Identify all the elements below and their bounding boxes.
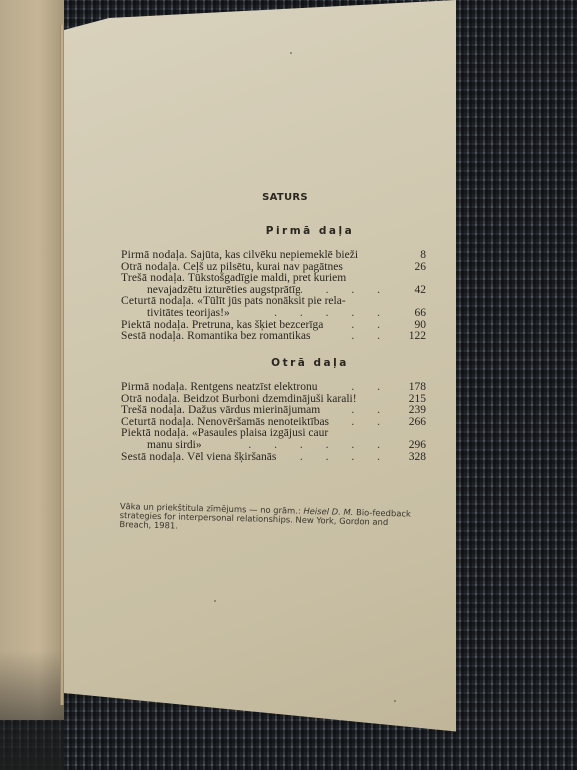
paper-speck [290, 52, 292, 54]
chapter-title: Beidzot Burboni dzemdinājuši karali! [183, 394, 356, 405]
part-heading-1: Pirmā daļa [180, 225, 440, 237]
chapter-label: Piektā nodaļa. [121, 428, 189, 439]
toc-row-continuation: nevajadzētu izturēties augstprātīgi . . … [121, 285, 426, 297]
chapter-label: Trešā nodaļa. [121, 273, 185, 284]
leader-dots: . . [351, 331, 396, 343]
chapter-title: Vēl viena šķiršanās [187, 452, 276, 463]
page-number: 42 [396, 285, 426, 297]
toc-row-continuation: manu sirdi» . . . . . . 296 [121, 440, 426, 452]
chapter-label: Sestā nodaļa. [121, 452, 184, 463]
leader-dots: . . [351, 382, 396, 394]
page-number: 266 [396, 417, 426, 429]
toc-row: Otrā nodaļa. Ceļš uz pilsētu, kurai nav … [121, 262, 426, 274]
leader-dots: . . . . [300, 452, 396, 464]
toc-row: Pirmā nodaļa. Sajūta, kas cilvēku nepiem… [121, 250, 426, 262]
chapter-label: Ceturtā nodaļa. [121, 296, 194, 307]
chapter-title: tivitātes teorijas!» [147, 308, 230, 319]
leader-dots: . . . . [300, 285, 396, 297]
chapter-title: Romantika bez romantikas [187, 331, 310, 342]
page-number: 328 [396, 452, 426, 464]
toc-part-1: Pirmā nodaļa. Sajūta, kas cilvēku nepiem… [121, 250, 426, 343]
chapter-title: «Pasaules plaisa izgājusi caur [192, 428, 328, 439]
toc-row: Sestā nodaļa. Vēl viena šķiršanās . . . … [121, 452, 426, 464]
table-of-contents-page: SATURS Pirmā daļa Pirmā nodaļa. Sajūta, … [64, 0, 456, 770]
chapter-title: Pretruna, kas šķiet bezcerīga [192, 320, 324, 331]
chapter-label: Pirmā nodaļa. [121, 250, 187, 261]
paper-speck [394, 700, 396, 702]
page-number: 8 [396, 250, 426, 262]
page-title: SATURS [240, 192, 330, 203]
chapter-label: Pirmā nodaļa. [121, 382, 187, 393]
toc-row: Sestā nodaļa. Romantika bez romantikas .… [121, 331, 426, 343]
chapter-title: Dažus vārdus mierinājumam [188, 405, 320, 416]
page-number: 296 [396, 440, 426, 452]
chapter-label: Sestā nodaļa. [121, 331, 184, 342]
toc-part-2: Pirmā nodaļa. Rentgens neatzīst elektron… [121, 382, 426, 463]
chapter-title: nevajadzētu izturēties augstprātīgi [147, 285, 300, 296]
toc-row: Pirmā nodaļa. Rentgens neatzīst elektron… [121, 382, 426, 394]
chapter-title: manu sirdi» [147, 440, 202, 451]
toc-row-continuation: tivitātes teorijas!» . . . . . 66 [121, 308, 426, 320]
chapter-title: Tūkstošgadīgie maldi, pret kuriem [188, 273, 346, 284]
chapter-label: Otrā nodaļa. [121, 394, 180, 405]
chapter-title: «Tūlīt jūs pats nonāksit pie rela- [197, 296, 346, 307]
page-number: 122 [396, 331, 426, 343]
leader-dots: . . [351, 417, 396, 429]
page-number: 178 [396, 382, 426, 394]
chapter-title: Sajūta, kas cilvēku nepiemeklē bieži [190, 250, 358, 261]
paper-speck [214, 600, 216, 602]
page-number: 26 [396, 262, 426, 274]
page-number: 66 [396, 308, 426, 320]
footnote: Vāka un priekštitula zīmējums — no grām.… [119, 502, 420, 537]
chapter-title: Nenovēršamās nenoteiktības [197, 417, 329, 428]
chapter-label: Otrā nodaļa. [121, 262, 180, 273]
chapter-label: Piektā nodaļa. [121, 320, 189, 331]
chapter-label: Ceturtā nodaļa. [121, 417, 194, 428]
toc-row: Ceturtā nodaļa. Nenovēršamās nenoteiktīb… [121, 417, 426, 429]
left-page [0, 0, 64, 720]
part-heading-2: Otrā daļa [180, 357, 440, 369]
chapter-title: Rentgens neatzīst elektronu [190, 382, 317, 393]
chapter-title: Ceļš uz pilsētu, kurai nav pagātnes [183, 262, 343, 273]
leader-dots: . . . . . [274, 308, 396, 320]
leader-dots: . . . . . . [248, 440, 396, 452]
left-page-shadow [0, 650, 64, 770]
chapter-label: Trešā nodaļa. [121, 405, 185, 416]
